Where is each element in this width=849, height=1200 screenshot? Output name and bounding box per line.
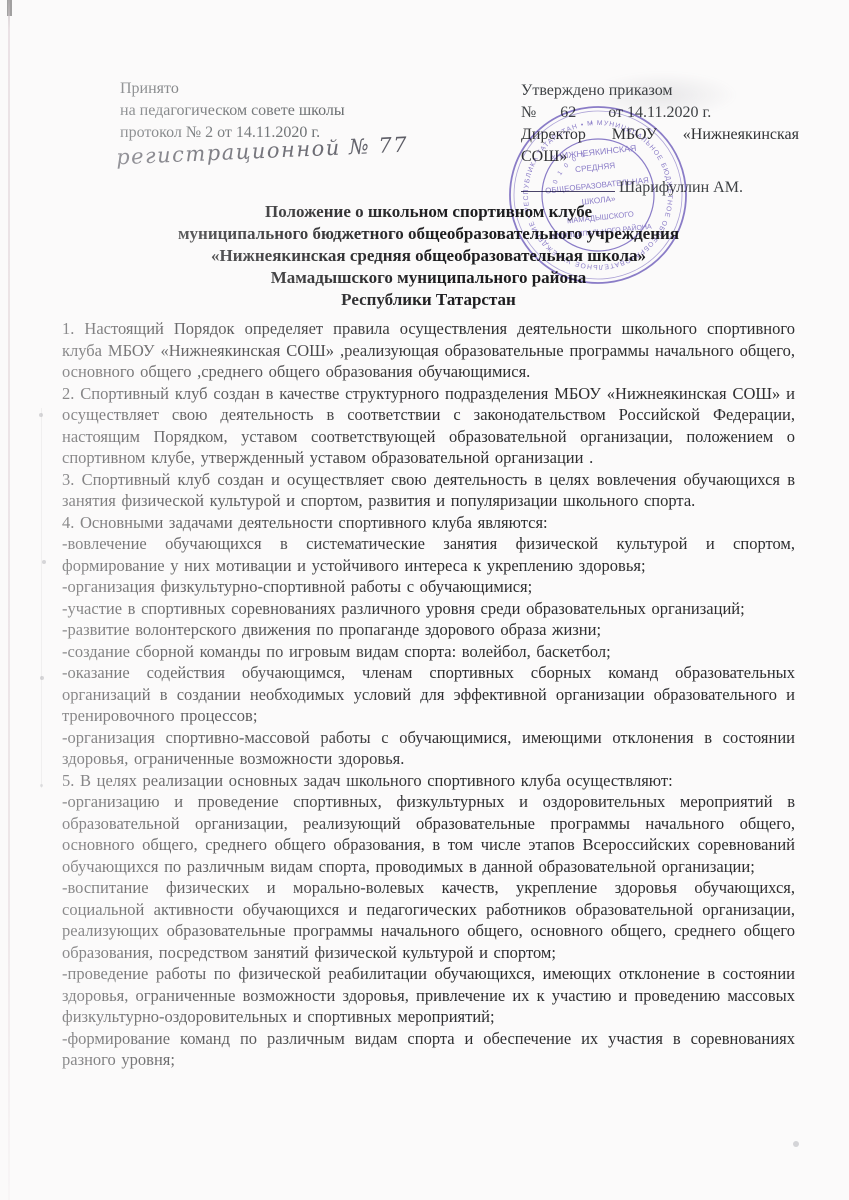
- body-paragraph: -организация физкультурно-спортивной раб…: [62, 576, 795, 598]
- scan-edge-line: [8, 0, 10, 1200]
- scanned-document-page: Принято на педагогическом совете школы п…: [0, 0, 849, 1200]
- scan-artifact-speck: [42, 560, 46, 564]
- stamp-center-line: «НИЖНЕЯКИНСКАЯ: [550, 143, 637, 162]
- body-paragraph: -участие в спортивных соревнованиях разл…: [62, 598, 795, 620]
- body-paragraph: -организацию и проведение спортивных, фи…: [62, 791, 795, 877]
- body-paragraph: 3. Спортивный клуб создан и осуществляет…: [62, 469, 795, 512]
- scan-fold-line: [41, 408, 42, 788]
- body-paragraph: 2. Спортивный клуб создан в качестве стр…: [62, 383, 795, 469]
- body-paragraph: -развитие волонтерского движения по проп…: [62, 619, 795, 641]
- scan-artifact-speck: [40, 676, 44, 680]
- body-paragraph: -создание сборной команды по игровым вид…: [62, 641, 795, 663]
- body-paragraph: -вовлечение обучающихся в систематически…: [62, 533, 795, 576]
- scan-artifact-speck: [793, 1141, 799, 1147]
- official-school-stamp-icon: • МУНИЦИПАЛЬНОЕ БЮДЖЕТНОЕ ОБЩЕОБРАЗОВАТЕ…: [494, 91, 703, 300]
- body-paragraph: 4. Основными задачами деятельности спорт…: [62, 512, 795, 534]
- stamp-center-line: СРЕДНЯЯ: [575, 161, 616, 174]
- document-body: 1. Настоящий Порядок определяет правила …: [62, 318, 795, 1071]
- stamp-center-line: ШКОЛА»: [581, 194, 616, 207]
- body-paragraph: -воспитание физических и морально-волевы…: [62, 877, 795, 963]
- body-paragraph: -формирование команд по различным видам …: [62, 1028, 795, 1071]
- title-line: Республики Татарстан: [62, 289, 795, 311]
- scan-artifact-speck: [39, 413, 43, 417]
- body-paragraph: 5. В целях реализации основных задач шко…: [62, 770, 795, 792]
- body-paragraph: 1. Настоящий Порядок определяет правила …: [62, 318, 795, 383]
- scan-artifact-speck: [40, 784, 43, 787]
- accepted-line: Принято: [120, 78, 450, 100]
- body-paragraph: -организация спортивно-массовой работы с…: [62, 727, 795, 770]
- stamp-center-line: МАМАДЫШСКОГО: [566, 209, 634, 225]
- body-paragraph: -оказание содействия обучающимся, членам…: [62, 662, 795, 727]
- body-paragraph: -проведение работы по физической реабили…: [62, 963, 795, 1028]
- accepted-line: на педагогическом совете школы: [120, 100, 450, 122]
